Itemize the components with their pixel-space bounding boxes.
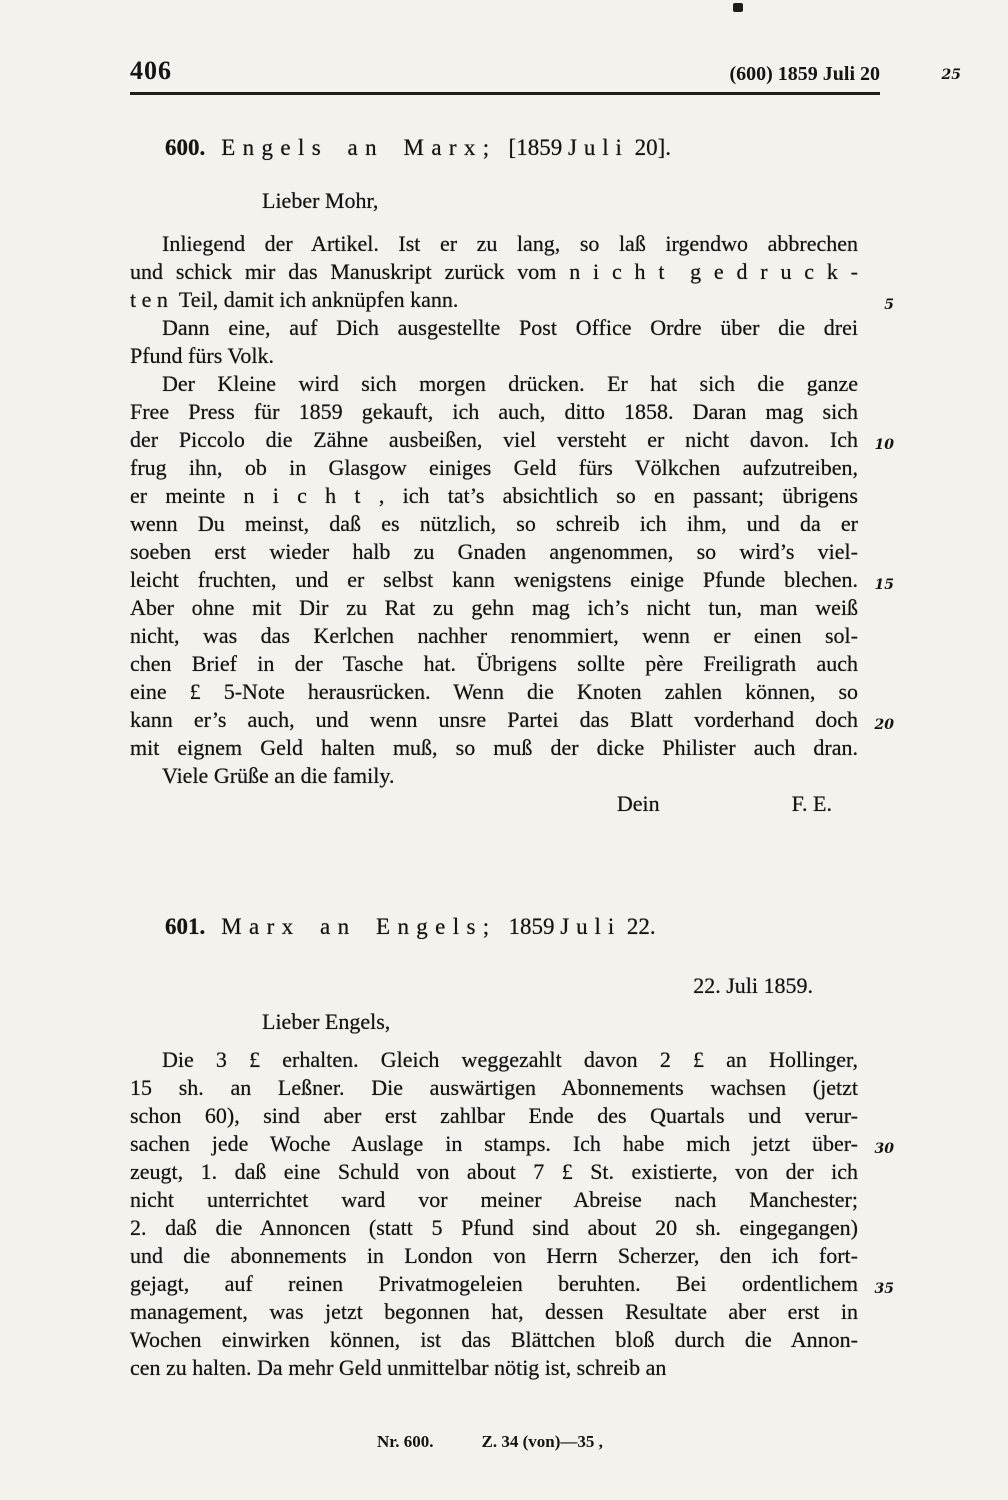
date-day: 20]. — [635, 135, 671, 160]
text-line: Pfund fürs Volk. — [130, 342, 858, 370]
text-line: gejagt, auf reinen Privatmogeleien beruh… — [130, 1270, 858, 1298]
margin-line-number: 25 — [942, 61, 961, 89]
text-line: Dann eine, auf Dich ausgestellte Post Of… — [130, 314, 858, 342]
text-line: t e n Teil, damit ich anknüpfen kann.5 — [130, 286, 858, 314]
book-page-scan: 406 (600) 1859 Juli 20 600.Engels an Mar… — [0, 0, 1008, 1500]
running-head: (600) 1859 Juli 20 — [729, 63, 880, 86]
text-line: eine £ 5-Note herausrücken. Wenn die Kno… — [130, 678, 858, 706]
margin-line-number: 35 — [875, 1275, 894, 1303]
text-line: 15 sh. an Leßner. Die auswärtigen Abonne… — [130, 1074, 858, 1102]
text-line: zeugt, 1. daß eine Schuld von about 7 £ … — [130, 1158, 858, 1186]
line-text: sachen jede Woche Auslage in stamps. Ich… — [130, 1131, 858, 1156]
text-line: sachen jede Woche Auslage in stamps. Ich… — [130, 1130, 858, 1158]
line-text: t e n Teil, damit ich anknüpfen kann. — [130, 287, 458, 312]
text-line: Die 3 £ erhalten. Gleich weggezahlt davo… — [130, 1046, 858, 1074]
letter-600-title: 600.Engels an Marx;[1859 Juli 20]. — [165, 135, 880, 161]
text-line: nicht unterrichtet ward vor meiner Abrei… — [130, 1186, 858, 1214]
text-line: Der Kleine wird sich morgen drücken. Er … — [130, 370, 858, 398]
text-line: soeben erst wieder halb zu Gnaden angeno… — [130, 538, 858, 566]
date-day: 22. — [627, 914, 656, 939]
letter-601-title: 601.Marx an Engels;1859 Juli 22. — [165, 914, 880, 940]
line-text: kann er’s auch, und wenn unsre Partei da… — [130, 707, 858, 732]
footer-line-ref: Z. 34 (von)—35 , — [482, 1432, 603, 1452]
letter-601-number: 601. — [165, 914, 205, 939]
letter-600-number: 600. — [165, 135, 205, 160]
text-line: und die abonnements in London von Herrn … — [130, 1242, 858, 1270]
text-line: Wochen einwirken können, ist das Blättch… — [130, 1326, 858, 1354]
text-line: leicht fruchten, und er selbst kann weni… — [130, 566, 858, 594]
text-line: Aber ohne mit Dir zu Rat zu gehn mag ich… — [130, 594, 858, 622]
line-text: leicht fruchten, und er selbst kann weni… — [130, 567, 858, 592]
text-line: und schick mir das Manuskript zurück vom… — [130, 258, 858, 286]
text-line: nicht, was das Kerlchen nachher renommie… — [130, 622, 858, 650]
date-month: Juli — [560, 914, 621, 939]
text-line: wenn Du meinst, daß es nützlich, so schr… — [130, 510, 858, 538]
text-line: der Piccolo die Zähne ausbeißen, viel ve… — [130, 426, 858, 454]
text-line: er meinte n i c h t , ich tat’s absichtl… — [130, 482, 858, 510]
text-column: 406 (600) 1859 Juli 20 600.Engels an Mar… — [130, 56, 880, 1382]
line-text: gejagt, auf reinen Privatmogeleien beruh… — [130, 1271, 858, 1296]
date-year: 1859 — [509, 914, 555, 939]
letter-601-salutation: Lieber Engels, — [262, 1008, 880, 1036]
letter-600-signoff: Dein F. E. — [130, 790, 858, 818]
apparatus-footer: Nr. 600. Z. 34 (von)—35 , — [377, 1432, 603, 1452]
date-month: Juli — [568, 135, 629, 160]
text-line: schon 60), sind aber erst zahlbar Ende d… — [130, 1102, 858, 1130]
text-line: frug ihn, ob in Glasgow einiges Geld für… — [130, 454, 858, 482]
text-line: management, was jetzt begonnen hat, dess… — [130, 1298, 858, 1326]
letter-600-title-date: [1859 Juli 20]. — [509, 135, 671, 160]
text-line: cen zu halten. Da mehr Geld unmittelbar … — [130, 1354, 858, 1382]
line-text: der Piccolo die Zähne ausbeißen, viel ve… — [130, 427, 858, 452]
letter-600-salutation: Lieber Mohr, — [262, 187, 880, 215]
letter-601-dateline: 22. Juli 1859.25 — [130, 972, 858, 1000]
page-number: 406 — [130, 56, 172, 86]
text-line: Inliegend der Artikel. Ist er zu lang, s… — [130, 230, 858, 258]
letter-600-greeting: Viele Grüße an die family. — [130, 762, 858, 790]
text-line: chen Brief in der Tasche hat. Übrigens s… — [130, 650, 858, 678]
scan-artifact — [733, 3, 743, 12]
signoff-dein: Dein — [617, 790, 660, 818]
dateline-text: 22. Juli 1859. — [693, 973, 813, 998]
page-header: 406 (600) 1859 Juli 20 — [130, 56, 880, 95]
margin-line-number: 20 — [875, 711, 894, 739]
letter-601-body: Die 3 £ erhalten. Gleich weggezahlt davo… — [130, 1046, 858, 1382]
margin-line-number: 5 — [884, 291, 894, 319]
letter-600-title-name: Engels an Marx; — [221, 135, 496, 160]
letter-601-title-date: 1859 Juli 22. — [509, 914, 656, 939]
footer-letter-ref: Nr. 600. — [377, 1432, 434, 1452]
text-line: mit eignem Geld halten muß, so muß der d… — [130, 734, 858, 762]
letter-601-title-name: Marx an Engels; — [221, 914, 496, 939]
letter-600-body: Inliegend der Artikel. Ist er zu lang, s… — [130, 230, 858, 818]
date-year: [1859 — [509, 135, 563, 160]
margin-line-number: 30 — [875, 1135, 894, 1163]
text-line: kann er’s auch, und wenn unsre Partei da… — [130, 706, 858, 734]
text-line: 2. daß die Annoncen (statt 5 Pfund sind … — [130, 1214, 858, 1242]
margin-line-number: 15 — [875, 571, 894, 599]
margin-line-number: 10 — [875, 431, 894, 459]
signoff-initials: F. E. — [792, 790, 832, 818]
text-line: Free Press für 1859 gekauft, ich auch, d… — [130, 398, 858, 426]
